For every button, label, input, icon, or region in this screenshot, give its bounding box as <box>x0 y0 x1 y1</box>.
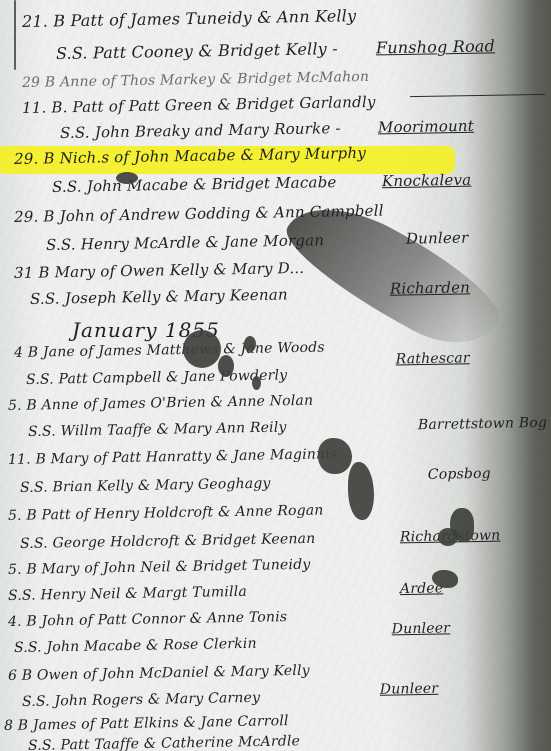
entry-line: S.S. Henry Neil & Margt TumillaArdee <box>8 584 247 604</box>
entry-line: 5. B Mary of John Neil & Bridget Tuneidy <box>8 557 311 578</box>
place-name: Knockaleva <box>382 171 472 191</box>
ink-blot <box>438 528 458 546</box>
entry-line: S.S. Patt Campbell & Jane PowderlyRathes… <box>26 367 288 388</box>
ink-blot <box>244 336 256 352</box>
ink-blot <box>348 462 374 520</box>
entry-line: 4. B John of Patt Connor & Anne Tonis <box>8 609 288 630</box>
ink-blot <box>252 376 261 390</box>
place-name: Rathescar <box>396 350 470 367</box>
entry-line: S.S. Joseph Kelly & Mary KeenanRicharden <box>30 286 288 308</box>
entry-line: S.S. Patt Cooney & Bridget Kelly -Funsho… <box>56 39 338 63</box>
entry-line: S.S. Brian Kelly & Mary GeoghagyCopsbog <box>20 476 271 496</box>
place-name: Richarden <box>390 278 471 297</box>
place-name: Dunleer <box>380 681 439 698</box>
place-name: Moorimount <box>378 117 474 137</box>
ink-blot <box>218 355 234 377</box>
place-name: Dunleer <box>406 229 469 248</box>
entry-line: S.S. John Rogers & Mary CarneyDunleer <box>22 690 260 710</box>
entry-line: 31 B Mary of Owen Kelly & Mary D... <box>14 259 305 282</box>
ink-blot <box>116 172 138 184</box>
register-page: 21. B Patt of James Tuneidy & Ann Kelly … <box>0 0 551 751</box>
entry-line-faded: 29 B Anne of Thos Markey & Bridget McMah… <box>22 69 369 91</box>
entry-line: 6 B Owen of John McDaniel & Mary Kelly <box>8 663 310 684</box>
entry-line: 8 B James of Patt Elkins & Jane Carroll <box>4 713 289 734</box>
place-name: Copsbog <box>428 466 491 483</box>
entry-line: 5. B Anne of James O'Brien & Anne Nolan <box>8 393 314 414</box>
strike-rule <box>410 94 545 97</box>
entry-line: S.S. John Breaky and Mary Rourke -Moorim… <box>60 119 341 142</box>
entry-line: 21. B Patt of James Tuneidy & Ann Kelly <box>22 6 357 31</box>
entry-line: S.S. John Macabe & Bridget MacabeKnockal… <box>52 173 337 196</box>
entry-line: S.S. George Holdcroft & Bridget KeenanRi… <box>20 531 316 552</box>
ink-blot <box>432 570 458 588</box>
entry-line: S.S. John Macabe & Rose ClerkinDunleer <box>14 636 257 656</box>
margin-bracket <box>14 0 16 70</box>
place-name: Funshog Road <box>376 36 495 57</box>
place-name: Barrettstown Bog <box>418 415 547 433</box>
place-name: Dunleer <box>392 620 451 637</box>
entry-line: 11. B Mary of Patt Hanratty & Jane Magin… <box>8 446 338 468</box>
entry-line: 5. B Patt of Henry Holdcroft & Anne Roga… <box>8 502 324 524</box>
ink-blot <box>318 438 352 474</box>
entry-line: S.S. Henry McArdle & Jane MorganDunleer <box>46 231 324 254</box>
ink-blot <box>183 330 221 368</box>
entry-line: S.S. Willm Taaffe & Mary Ann ReilyBarret… <box>28 419 287 440</box>
entry-line: 11. B. Patt of Patt Green & Bridget Garl… <box>22 93 376 117</box>
entry-line: 4 B Jane of James Matthews & Jane Woods <box>14 340 325 361</box>
entry-line: S.S. Patt Taaffe & Catherine McArdle <box>28 733 300 751</box>
